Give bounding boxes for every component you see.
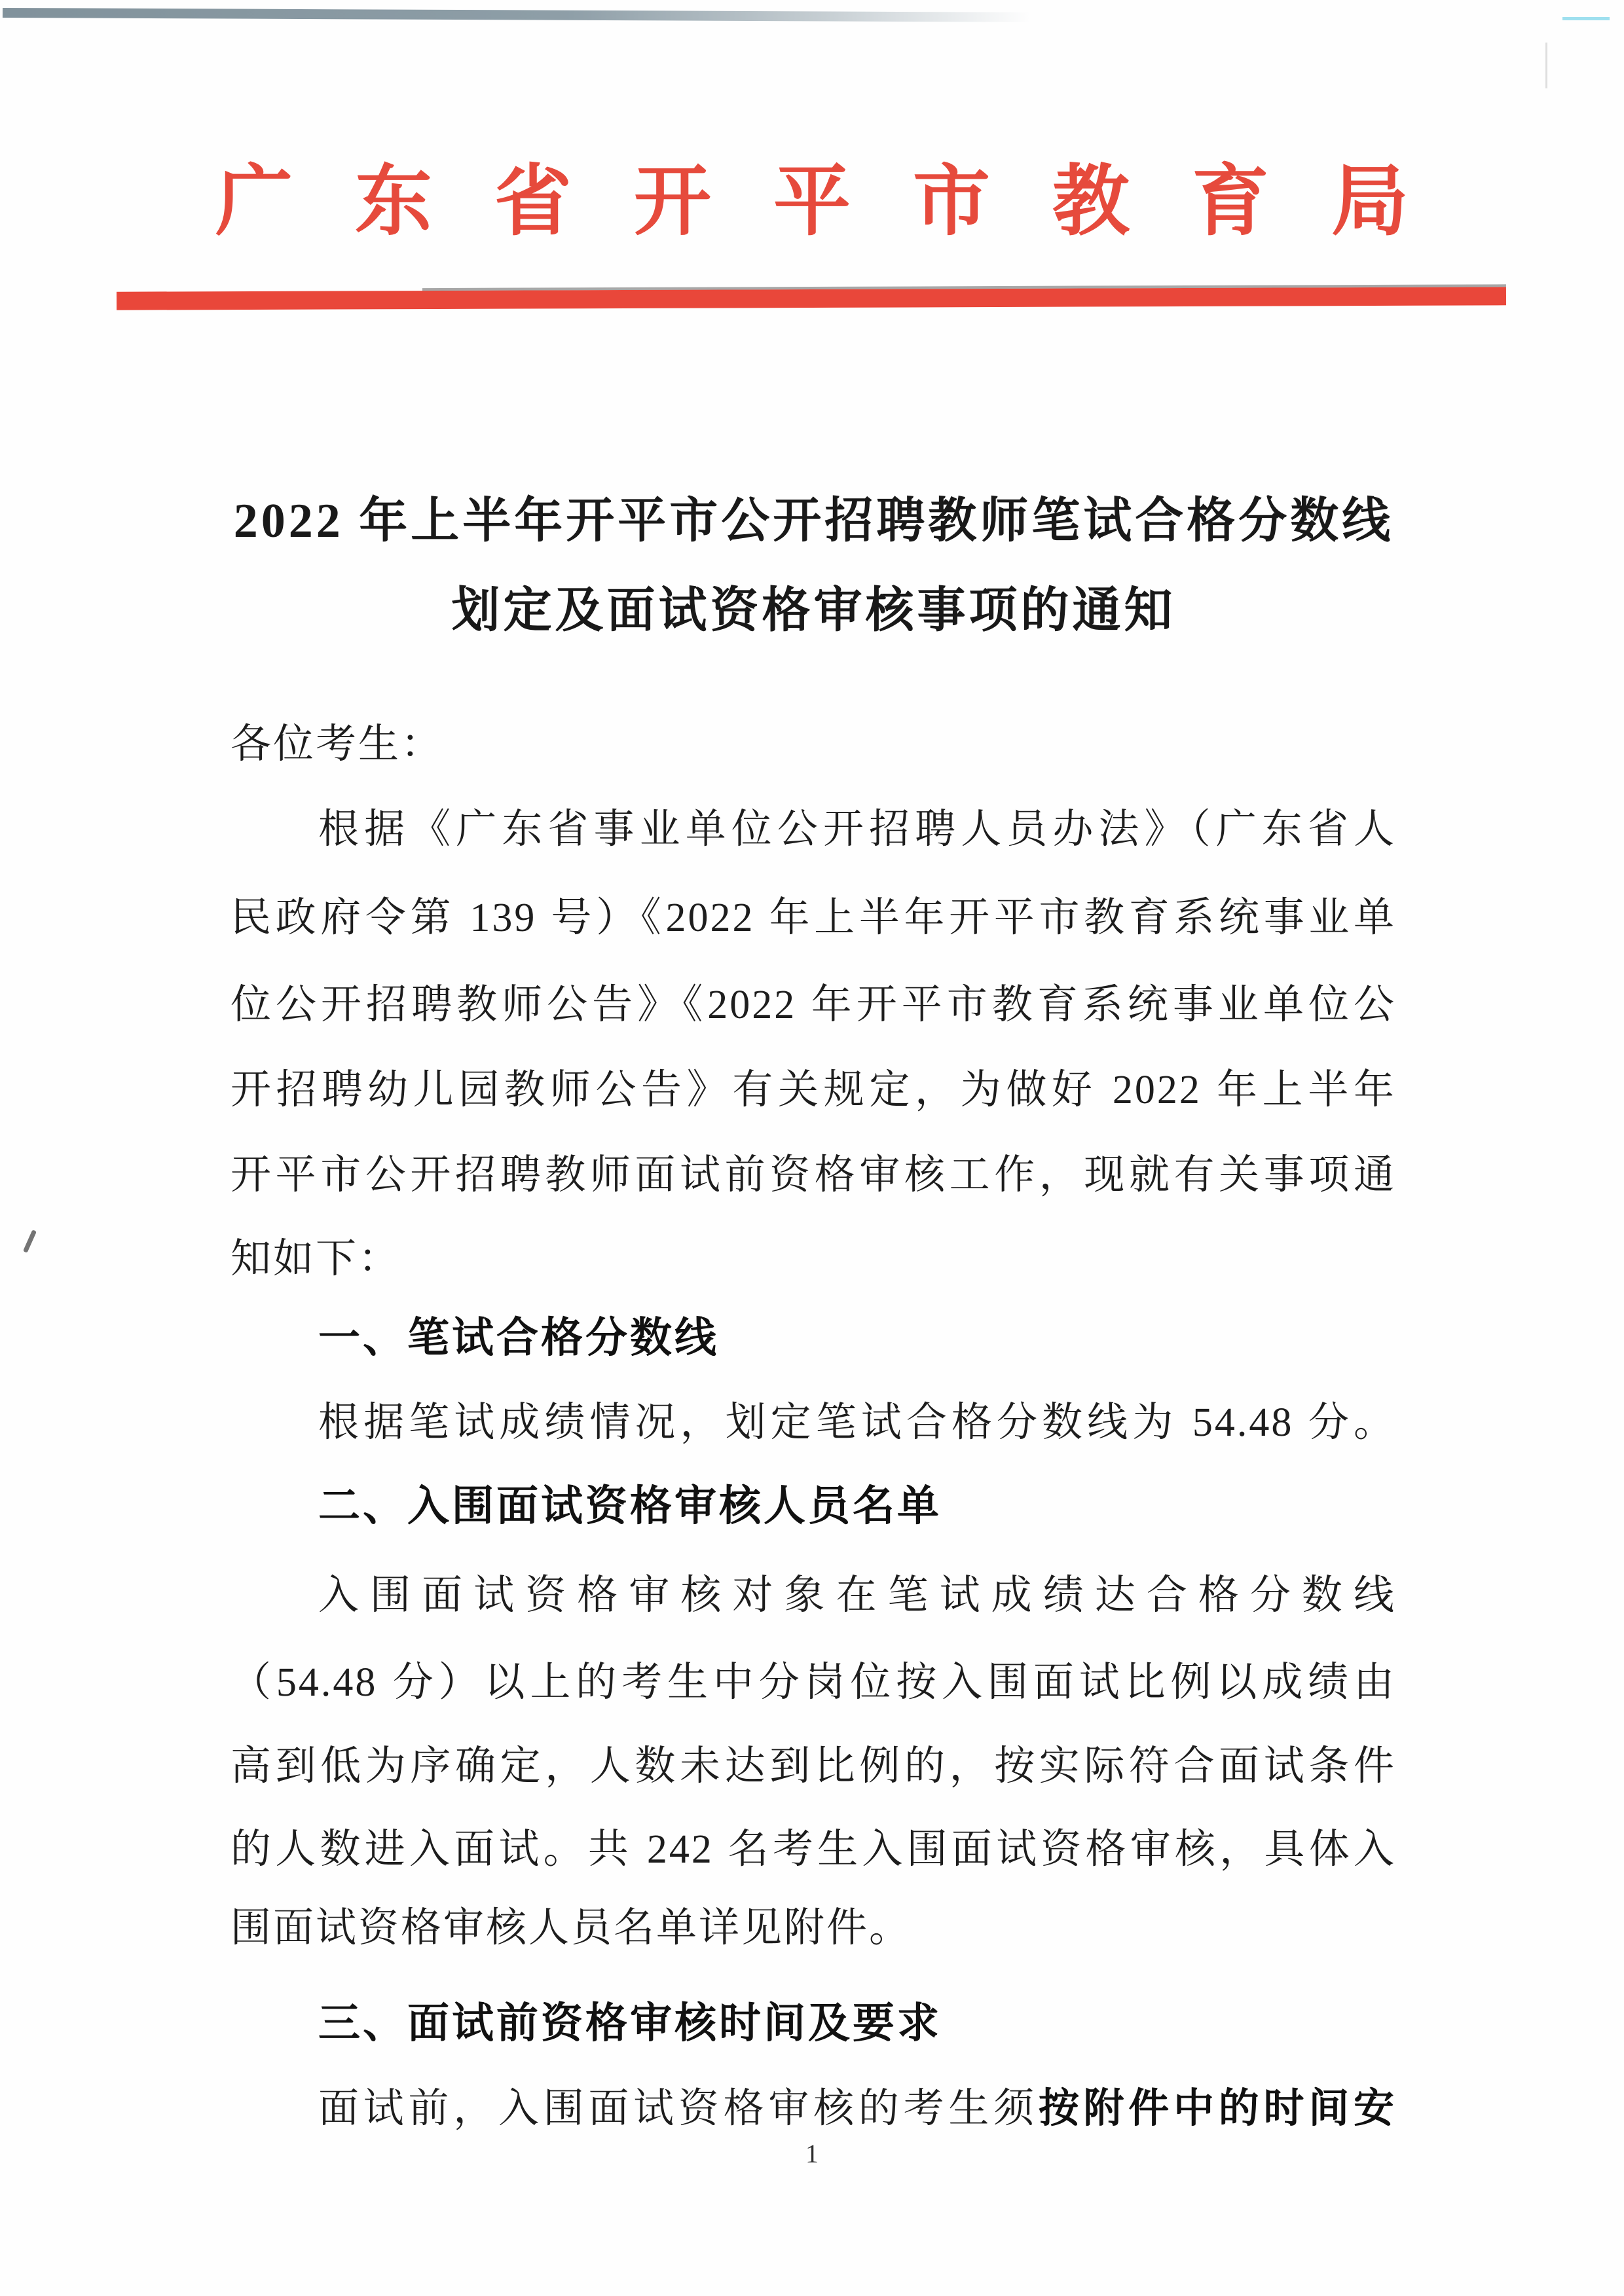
doc-title: 2022 年上半年开平市公开招聘教师笔试合格分数线 划定及面试资格审核事项的通知 [0,477,1624,656]
section-3-line-1-bold: 按附件中的时间安 [1039,2086,1396,2131]
section-2-heading: 二、入围面试资格审核人员名单 [231,1482,1396,1529]
section-3-line-1-normal: 面试前，入围面试资格审核的考生须 [318,2086,1039,2131]
salutation: 各位考生： [231,721,1396,768]
doc-title-line-2: 划定及面试资格审核事项的通知 [0,566,1624,656]
section-1-line-1: 根据笔试成绩情况，划定笔试合格分数线为 54.48 分。 [231,1399,1396,1446]
paragraph-1-line-5: 开平市公开招聘教师面试前资格审核工作，现就有关事项通 [231,1152,1396,1199]
paragraph-1-line-6: 知如下： [231,1235,1396,1283]
scanned-notice-page: 广东省开平市教育局 2022 年上半年开平市公开招聘教师笔试合格分数线 划定及面… [0,0,1624,2296]
scan-artifact-pen-mark [23,1230,37,1253]
section-2-line-5: 围面试资格审核人员名单详见附件。 [231,1904,1396,1952]
section-2-line-2: （54.48 分）以上的考生中分岗位按入围面试比例以成绩由 [231,1659,1396,1706]
section-2-line-4: 的人数进入面试。共 242 名考生入围面试资格审核，具体入 [231,1826,1396,1873]
scan-artifact-top-line [3,8,1031,22]
section-2-line-3: 高到低为序确定，人数未达到比例的，按实际符合面试条件 [231,1743,1396,1790]
doc-title-line-1: 2022 年上半年开平市公开招聘教师笔试合格分数线 [0,477,1624,566]
paragraph-1-line-3: 位公开招聘教师公告》《2022 年开平市教育系统事业单位公 [231,981,1396,1029]
section-3-heading: 三、面试前资格审核时间及要求 [231,1999,1396,2047]
scan-artifact-cyan-line [1562,17,1610,20]
paragraph-1-line-1: 根据《广东省事业单位公开招聘人员办法》（广东省人 [231,806,1396,853]
paragraph-1-line-2: 民政府令第 139 号）《2022 年上半年开平市教育系统事业单 [231,894,1396,941]
paragraph-1-line-4: 开招聘幼儿园教师公告》有关规定，为做好 2022 年上半年 [231,1066,1396,1114]
scan-artifact-streak [1545,43,1547,88]
letterhead-red-rule [117,287,1506,310]
section-1-heading: 一、笔试合格分数线 [231,1314,1396,1361]
section-3-line-1: 面试前，入围面试资格审核的考生须按附件中的时间安 [231,2085,1396,2132]
agency-name: 广东省开平市教育局 [0,164,1624,241]
section-2-line-1: 入围面试资格审核对象在笔试成绩达合格分数线 [231,1572,1396,1619]
page-number: 1 [0,2140,1624,2168]
